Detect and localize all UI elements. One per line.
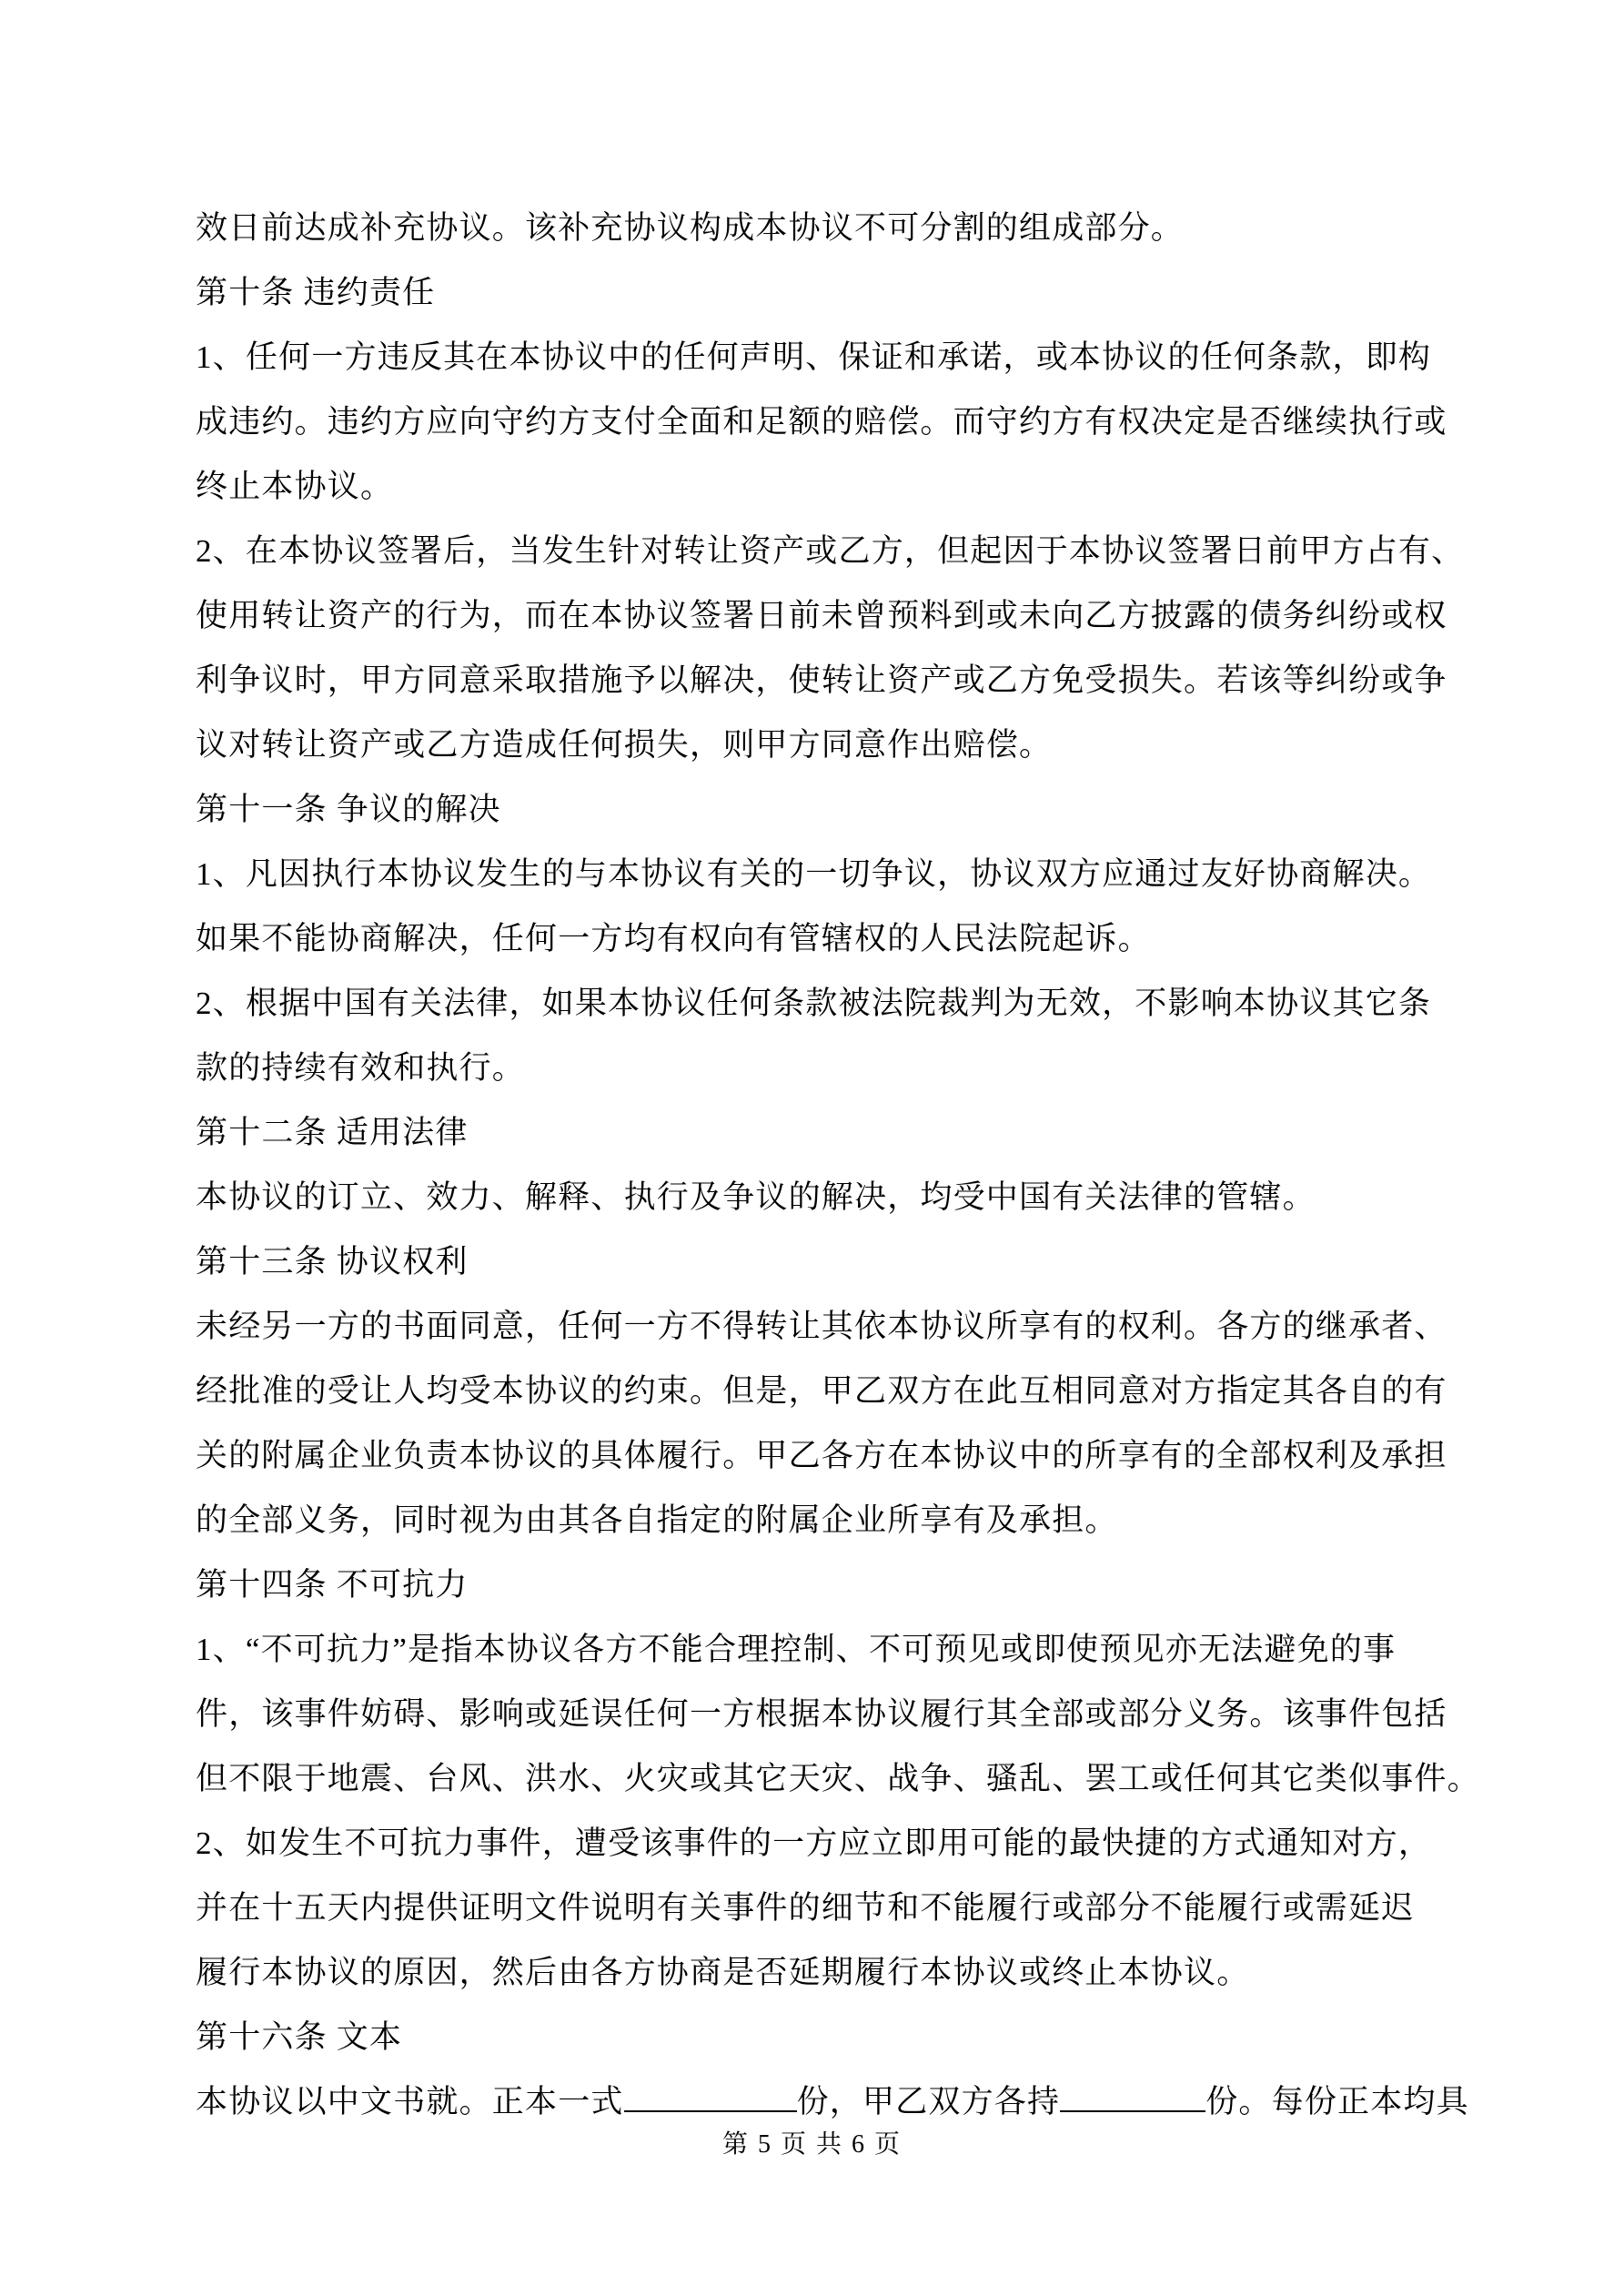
body-text-line: 关的附属企业负责本协议的具体履行。甲乙各方在本协议中的所享有的全部权利及承担 [196, 1423, 1429, 1488]
body-text-line: 如果不能协商解决，任何一方均有权向有管辖权的人民法院起诉。 [196, 906, 1429, 971]
body-text-line: 成违约。违约方应向守约方支付全面和足额的赔偿。而守约方有权决定是否继续执行或 [196, 389, 1429, 454]
body-text-line: 1、凡因执行本协议发生的与本协议有关的一切争议，协议双方应通过友好协商解决。 [196, 842, 1429, 906]
fill-in-blank-underline [624, 2079, 797, 2112]
body-text-line: 2、在本协议签署后，当发生针对转让资产或乙方，但起因于本协议签署日前甲方占有、 [196, 519, 1429, 583]
section-heading-line: 第十二条 适用法律 [196, 1100, 1429, 1165]
body-text-line: 利争议时，甲方同意采取措施予以解决，使转让资产或乙方免受损失。若该等纠纷或争 [196, 648, 1429, 713]
body-text-line: 效日前达成补充协议。该补充协议构成本协议不可分割的组成部分。 [196, 196, 1429, 260]
body-text-line: 2、根据中国有关法律，如果本协议任何条款被法院裁判为无效，不影响本协议其它条 [196, 971, 1429, 1036]
body-text-line: 款的持续有效和执行。 [196, 1036, 1429, 1100]
section-heading-line: 第十条 违约责任 [196, 260, 1429, 325]
page-number-footer: 第 5 页 共 6 页 [0, 2116, 1624, 2174]
document-page: 效日前达成补充协议。该补充协议构成本协议不可分割的组成部分。第十条 违约责任1、… [0, 0, 1624, 2296]
body-text-line: 经批准的受让人均受本协议的约束。但是，甲乙双方在此互相同意对方指定其各自的有 [196, 1359, 1429, 1423]
body-text-line: 的全部义务，同时视为由其各自指定的附属企业所享有及承担。 [196, 1488, 1429, 1553]
body-text-line: 本协议的订立、效力、解释、执行及争议的解决，均受中国有关法律的管辖。 [196, 1165, 1429, 1229]
text-segment: 份。每份正本均具 [1205, 2084, 1469, 2119]
body-text-line: 1、任何一方违反其在本协议中的任何声明、保证和承诺，或本协议的任何条款，即构 [196, 325, 1429, 389]
text-segment: 本协议以中文书就。正本一式 [196, 2084, 624, 2119]
body-text-line: 2、如发生不可抗力事件，遭受该事件的一方应立即用可能的最快捷的方式通知对方， [196, 1811, 1429, 1876]
body-text-line: 履行本协议的原因，然后由各方协商是否延期履行本协议或终止本协议。 [196, 1940, 1429, 2005]
fill-in-blank-underline [1060, 2079, 1205, 2112]
body-text-line: 1、“不可抗力”是指本协议各方不能合理控制、不可预见或即使预见亦无法避免的事 [196, 1617, 1429, 1682]
body-text-line: 但不限于地震、台风、洪水、火灾或其它天灾、战争、骚乱、罢工或任何其它类似事件。 [196, 1746, 1429, 1811]
document-lines: 效日前达成补充协议。该补充协议构成本协议不可分割的组成部分。第十条 违约责任1、… [196, 196, 1429, 2134]
body-text-line: 议对转让资产或乙方造成任何损失，则甲方同意作出赔偿。 [196, 713, 1429, 777]
text-segment: 份，甲乙双方各持 [797, 2084, 1061, 2119]
body-text-line: 终止本协议。 [196, 454, 1429, 519]
section-heading-line: 第十六条 文本 [196, 2005, 1429, 2069]
body-text-line: 件，该事件妨碍、影响或延误任何一方根据本协议履行其全部或部分义务。该事件包括 [196, 1682, 1429, 1746]
section-heading-line: 第十一条 争议的解决 [196, 777, 1429, 842]
section-heading-line: 第十三条 协议权利 [196, 1229, 1429, 1294]
body-text-line: 并在十五天内提供证明文件说明有关事件的细节和不能履行或部分不能履行或需延迟 [196, 1876, 1429, 1940]
body-text-line: 未经另一方的书面同意，任何一方不得转让其依本协议所享有的权利。各方的继承者、 [196, 1294, 1429, 1359]
section-heading-line: 第十四条 不可抗力 [196, 1553, 1429, 1617]
body-text-line: 使用转让资产的行为，而在本协议签署日前未曾预料到或未向乙方披露的债务纠纷或权 [196, 583, 1429, 648]
